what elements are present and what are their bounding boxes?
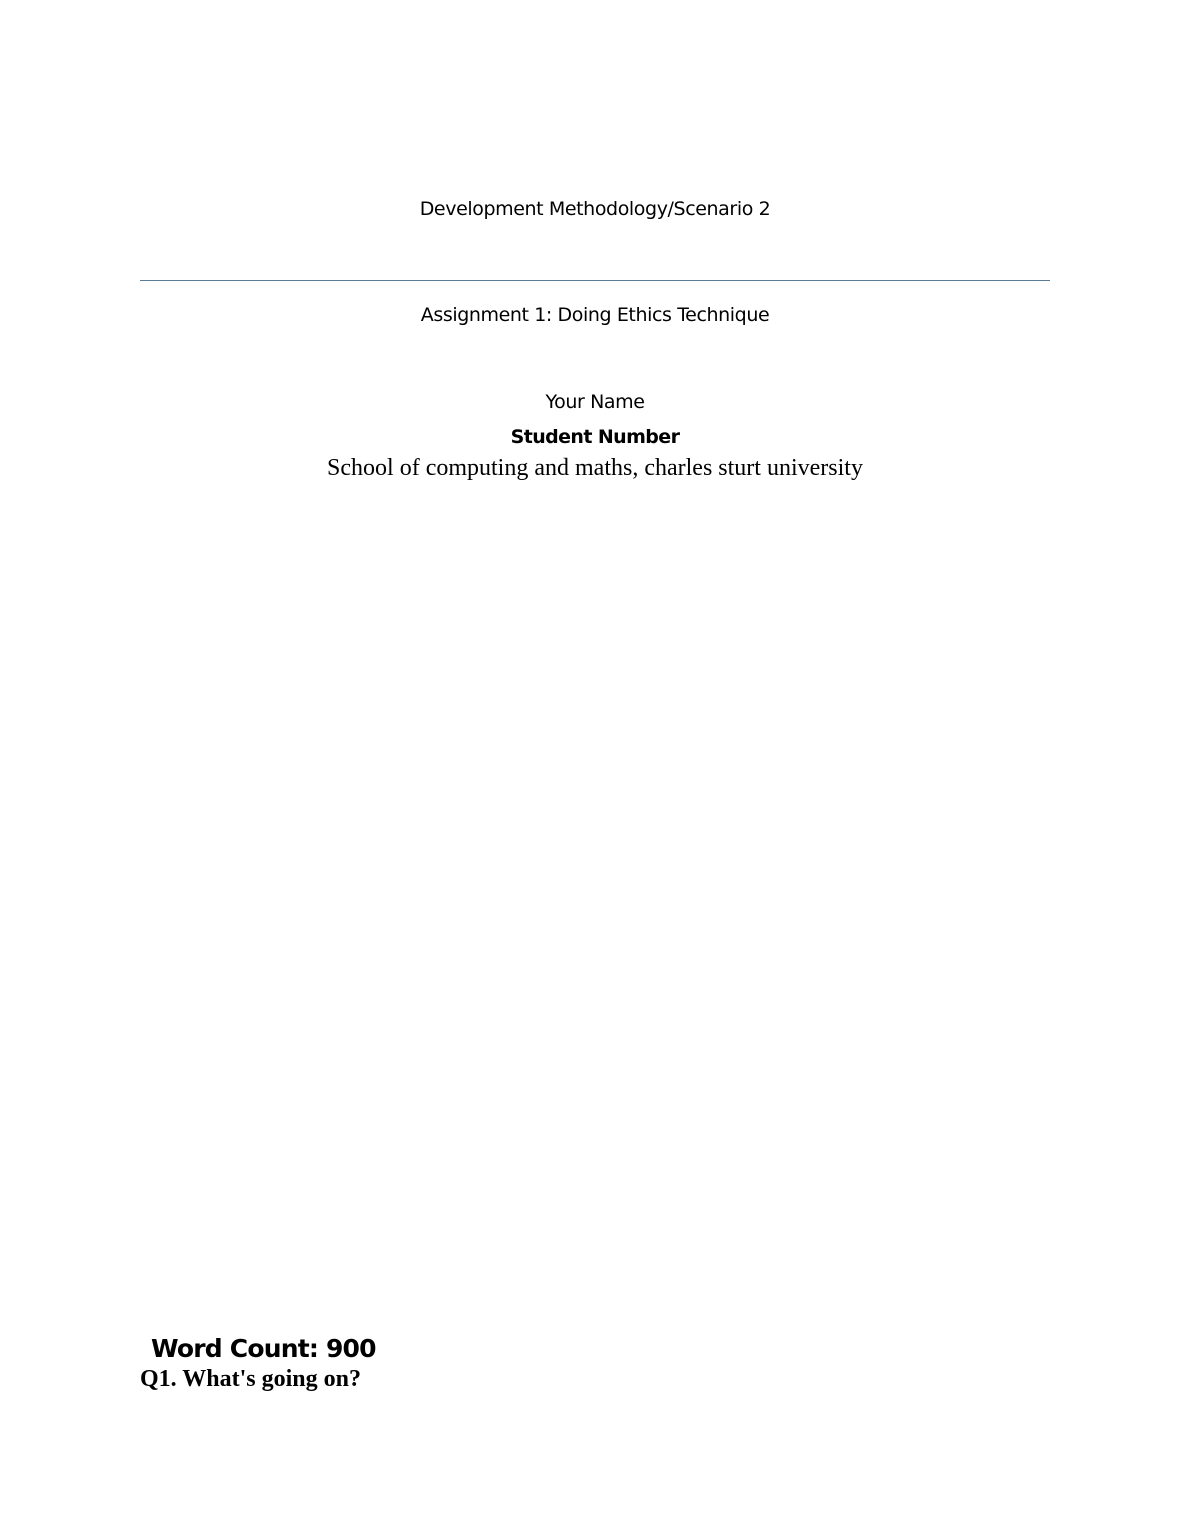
assignment-title: Assignment 1: Doing Ethics Technique	[0, 304, 1190, 326]
author-name: Your Name	[0, 391, 1190, 413]
document-page: Development Methodology/Scenario 2 Assig…	[0, 0, 1190, 1540]
word-count-heading: Word Count: 900	[151, 1334, 376, 1363]
running-header-title: Development Methodology/Scenario 2	[0, 198, 1190, 220]
institution-affiliation: School of computing and maths, charles s…	[0, 455, 1190, 482]
student-number: Student Number	[0, 426, 1190, 448]
question-1-heading: Q1. What's going on?	[140, 1366, 361, 1393]
header-divider	[140, 280, 1050, 281]
